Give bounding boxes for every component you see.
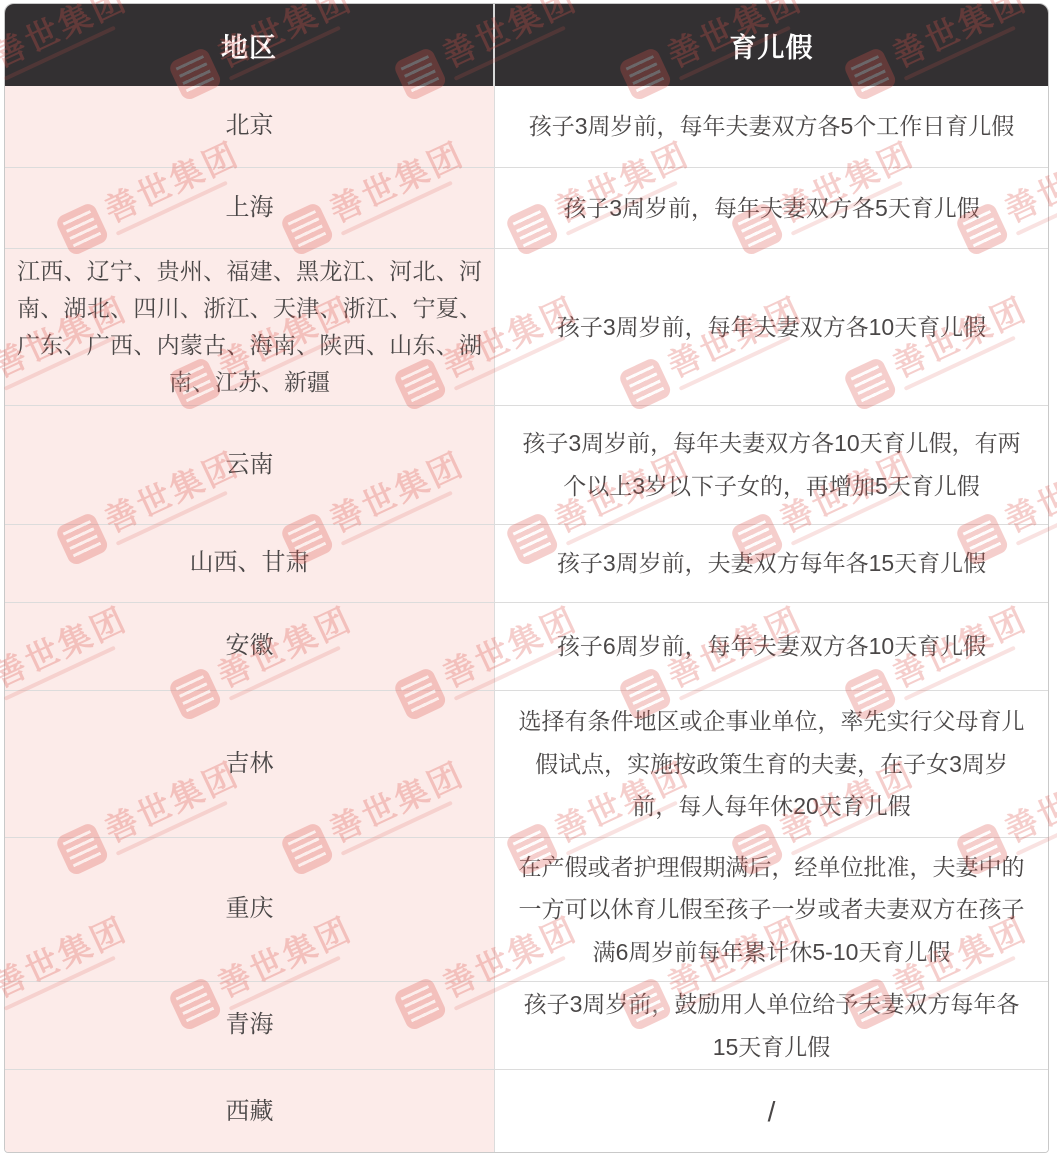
region-text: 云南 xyxy=(226,443,274,487)
region-cell: 江西、辽宁、贵州、福建、黑龙江、河北、河南、湖北、四川、浙江、天津、浙江、宁夏、… xyxy=(5,249,495,405)
region-cell: 北京 xyxy=(5,86,495,167)
leave-cell: 孩子3周岁前，夫妻双方每年各15天育儿假 xyxy=(495,525,1048,602)
leave-cell: 选择有条件地区或企事业单位，率先实行父母育儿假试点，实施按政策生育的夫妻，在子女… xyxy=(495,691,1048,837)
region-text: 北京 xyxy=(226,104,274,148)
leave-cell: 孩子6周岁前，每年夫妻双方各10天育儿假 xyxy=(495,603,1048,690)
table-row: 江西、辽宁、贵州、福建、黑龙江、河北、河南、湖北、四川、浙江、天津、浙江、宁夏、… xyxy=(5,248,1048,405)
table-body: 北京孩子3周岁前，每年夫妻双方各5个工作日育儿假上海孩子3周岁前，每年夫妻双方各… xyxy=(5,86,1048,1153)
region-text: 安徽 xyxy=(226,624,274,668)
table-row: 上海孩子3周岁前，每年夫妻双方各5天育儿假 xyxy=(5,167,1048,248)
leave-text: 孩子3周岁前，夫妻双方每年各15天育儿假 xyxy=(557,542,986,585)
region-cell: 安徽 xyxy=(5,603,495,690)
table-row: 吉林选择有条件地区或企事业单位，率先实行父母育儿假试点，实施按政策生育的夫妻，在… xyxy=(5,690,1048,837)
region-cell: 云南 xyxy=(5,406,495,524)
leave-cell: 孩子3周岁前，每年夫妻双方各10天育儿假，有两个以上3岁以下子女的，再增加5天育… xyxy=(495,406,1048,524)
leave-text: 孩子3周岁前，每年夫妻双方各10天育儿假，有两个以上3岁以下子女的，再增加5天育… xyxy=(515,422,1028,507)
region-text: 西藏 xyxy=(226,1090,274,1134)
header-cell-region: 地区 xyxy=(5,4,495,86)
table-row: 云南孩子3周岁前，每年夫妻双方各10天育儿假，有两个以上3岁以下子女的，再增加5… xyxy=(5,405,1048,524)
table-row: 山西、甘肃孩子3周岁前，夫妻双方每年各15天育儿假 xyxy=(5,524,1048,602)
parental-leave-table: 地区 育儿假 北京孩子3周岁前，每年夫妻双方各5个工作日育儿假上海孩子3周岁前，… xyxy=(4,3,1049,1153)
leave-cell: 孩子3周岁前，每年夫妻双方各5天育儿假 xyxy=(495,168,1048,248)
region-text: 吉林 xyxy=(226,742,274,786)
table-row: 北京孩子3周岁前，每年夫妻双方各5个工作日育儿假 xyxy=(5,86,1048,167)
leave-cell: 在产假或者护理假期满后，经单位批准，夫妻中的一方可以休育儿假至孩子一岁或者夫妻双… xyxy=(495,838,1048,981)
region-text: 上海 xyxy=(226,186,274,230)
table-row: 青海孩子3周岁前，鼓励用人单位给予夫妻双方每年各15天育儿假 xyxy=(5,981,1048,1069)
region-cell: 上海 xyxy=(5,168,495,248)
table-row: 重庆在产假或者护理假期满后，经单位批准，夫妻中的一方可以休育儿假至孩子一岁或者夫… xyxy=(5,837,1048,981)
leave-text: 孩子3周岁前，鼓励用人单位给予夫妻双方每年各15天育儿假 xyxy=(515,983,1028,1068)
table-row: 安徽孩子6周岁前，每年夫妻双方各10天育儿假 xyxy=(5,602,1048,690)
region-cell: 重庆 xyxy=(5,838,495,981)
region-cell: 山西、甘肃 xyxy=(5,525,495,602)
leave-cell: 孩子3周岁前，每年夫妻双方各5个工作日育儿假 xyxy=(495,86,1048,167)
leave-text: 孩子3周岁前，每年夫妻双方各5天育儿假 xyxy=(563,187,980,230)
region-text: 江西、辽宁、贵州、福建、黑龙江、河北、河南、湖北、四川、浙江、天津、浙江、宁夏、… xyxy=(17,253,482,400)
region-text: 山西、甘肃 xyxy=(190,541,310,585)
leave-cell: 孩子3周岁前，每年夫妻双方各10天育儿假 xyxy=(495,249,1048,405)
leave-cell: 孩子3周岁前，鼓励用人单位给予夫妻双方每年各15天育儿假 xyxy=(495,982,1048,1069)
leave-text: 在产假或者护理假期满后，经单位批准，夫妻中的一方可以休育儿假至孩子一岁或者夫妻双… xyxy=(515,846,1028,974)
leave-text: 孩子6周岁前，每年夫妻双方各10天育儿假 xyxy=(557,625,986,668)
leave-text: 孩子3周岁前，每年夫妻双方各5个工作日育儿假 xyxy=(529,105,1015,148)
table-row: 西藏/ xyxy=(5,1069,1048,1153)
region-cell: 西藏 xyxy=(5,1070,495,1153)
leave-text: 选择有条件地区或企事业单位，率先实行父母育儿假试点，实施按政策生育的夫妻，在子女… xyxy=(515,700,1028,828)
leave-cell: / xyxy=(495,1070,1048,1153)
table-header: 地区 育儿假 xyxy=(5,4,1048,86)
leave-text: / xyxy=(768,1086,776,1138)
leave-text: 孩子3周岁前，每年夫妻双方各10天育儿假 xyxy=(557,306,986,349)
region-cell: 青海 xyxy=(5,982,495,1069)
region-text: 青海 xyxy=(226,1003,274,1047)
region-cell: 吉林 xyxy=(5,691,495,837)
region-text: 重庆 xyxy=(226,887,274,931)
header-cell-leave: 育儿假 xyxy=(495,4,1048,86)
